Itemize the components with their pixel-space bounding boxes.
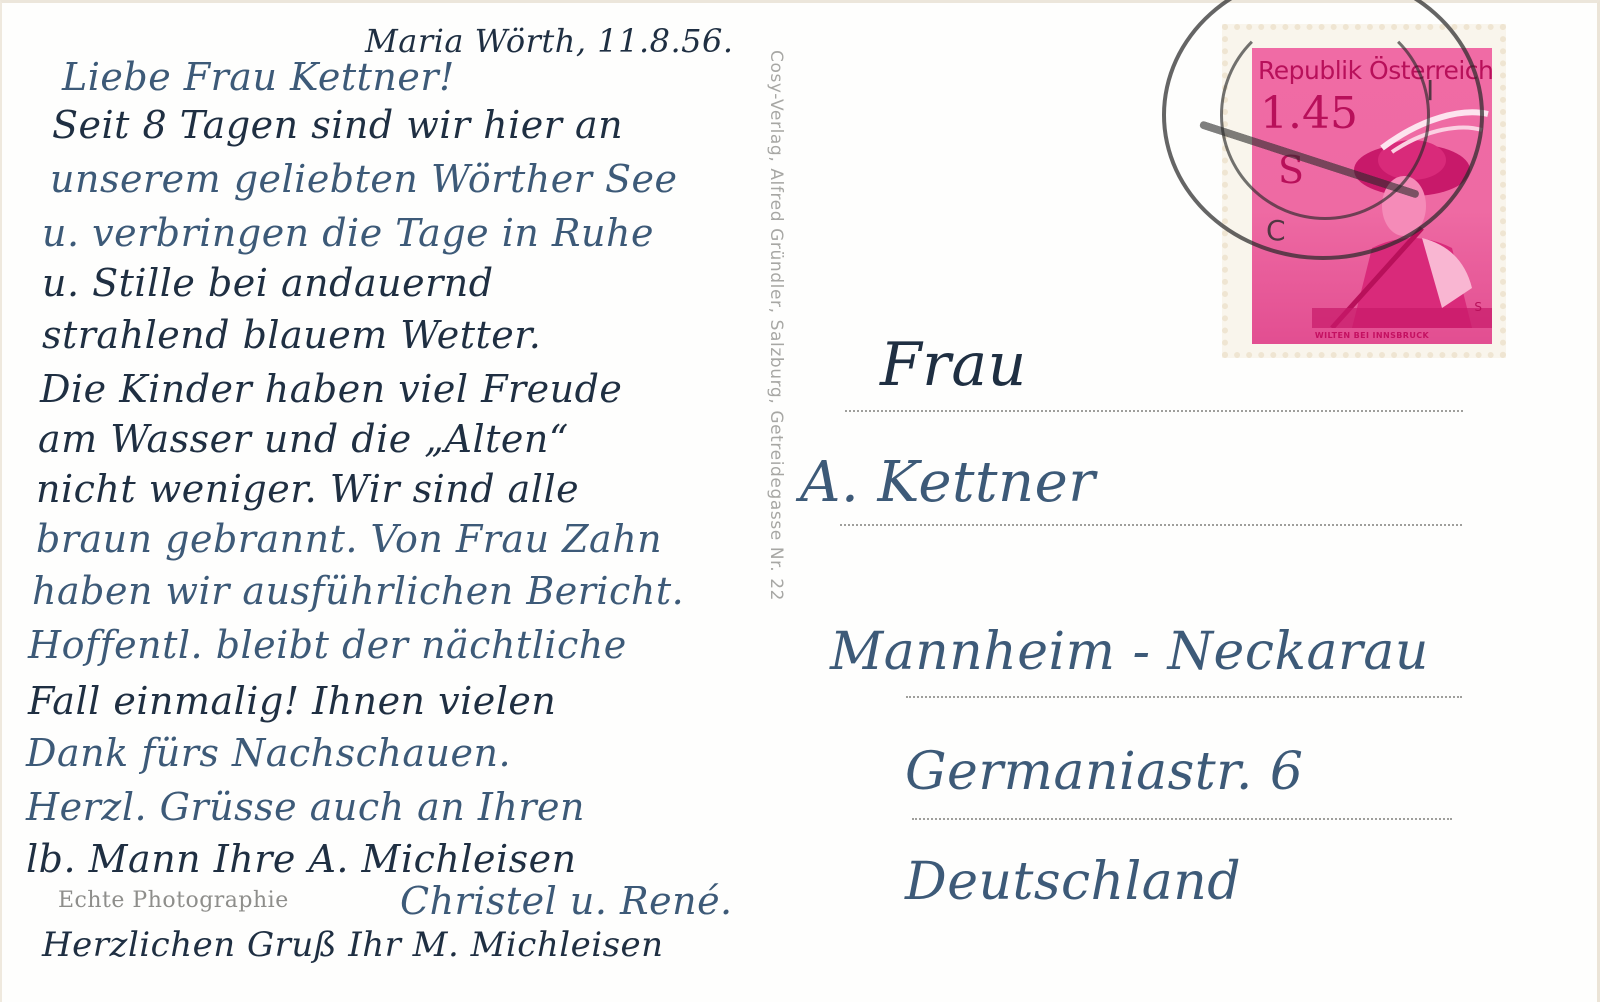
stamp-currency-small: S: [1474, 300, 1482, 314]
message-line: unserem geliebten Wörther See: [50, 160, 677, 198]
message-line: nicht weniger. Wir sind alle: [36, 470, 579, 508]
address-rule: [906, 696, 1462, 698]
stamp-image: Republik Österreich 1.45 S S WILTEN BEI …: [1252, 48, 1492, 344]
message-line: haben wir ausführlichen Bericht.: [32, 572, 684, 610]
stamp-value: 1.45: [1260, 92, 1358, 136]
address-rule: [845, 410, 1463, 412]
message-line: Hoffentl. bleibt der nächtliche: [28, 626, 627, 664]
address-line: Deutschland: [905, 852, 1241, 912]
postmark-letter: C: [1266, 214, 1286, 247]
postage-stamp: Republik Österreich 1.45 S S WILTEN BEI …: [1222, 24, 1506, 358]
message-line: Liebe Frau Kettner!: [62, 58, 455, 96]
message-line: strahlend blauem Wetter.: [42, 316, 541, 354]
message-line: Fall einmalig! Ihnen vielen: [28, 682, 556, 720]
address-rule: [912, 818, 1452, 820]
photo-label: Echte Photographie: [58, 888, 289, 913]
address-line: Frau: [880, 330, 1027, 400]
address-line: A. Kettner: [800, 450, 1096, 515]
message-line: Die Kinder haben viel Freude: [40, 370, 622, 408]
message-line: braun gebrannt. Von Frau Zahn: [36, 520, 662, 558]
message-line: Herzl. Grüsse auch an Ihren: [26, 788, 585, 826]
postscript: Herzlichen Gruß Ihr M. Michleisen: [42, 928, 664, 962]
stamp-caption: WILTEN BEI INNSBRUCK: [1252, 331, 1492, 340]
publisher-imprint: Cosy-Verlag, Alfred Gründler, Salzburg, …: [762, 50, 786, 910]
stamp-country: Republik Österreich: [1258, 56, 1492, 85]
message-line: lb. Mann Ihre A. Michleisen: [26, 840, 577, 878]
address-rule: [840, 524, 1462, 526]
message-line: u. verbringen die Tage in Ruhe: [42, 214, 654, 252]
message-signature: Christel u. René.: [400, 882, 733, 920]
address-line: Mannheim - Neckarau: [830, 622, 1429, 682]
message-line: u. Stille bei andauernd: [42, 264, 494, 302]
postmark-letter: I: [1426, 74, 1434, 107]
message-line: Dank fürs Nachschauen.: [26, 734, 511, 772]
woman-in-hat-illustration: [1312, 108, 1492, 328]
address-line: Germaniastr. 6: [905, 742, 1303, 802]
postcard: Maria Wörth, 11.8.56. Liebe Frau Kettner…: [0, 0, 1600, 1002]
message-line: Seit 8 Tagen sind wir hier an: [52, 106, 623, 144]
message-line: am Wasser und die „Alten“: [38, 420, 569, 458]
